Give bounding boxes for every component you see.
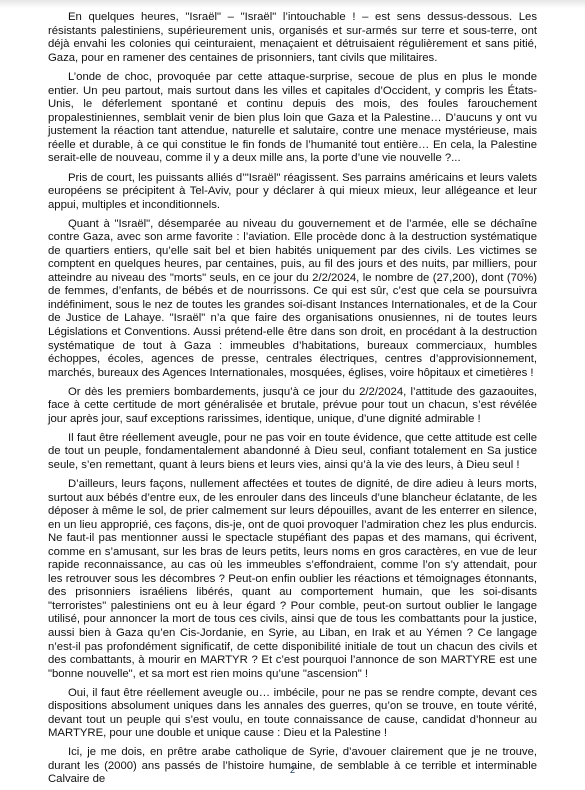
paragraph: Oui, il faut être réellement aveugle ou…… <box>48 687 537 741</box>
document-page: En quelques heures, "Israël" – "Israël" … <box>48 11 537 790</box>
page-number: 2 <box>0 765 585 775</box>
viewer-top-shadow <box>0 0 585 8</box>
paragraph: Pris de court, les puissants alliés d’"I… <box>48 172 537 213</box>
paragraph: Il faut être réellement aveugle, pour ne… <box>48 432 537 473</box>
paragraph: D’ailleurs, leurs façons, nullement affe… <box>48 478 537 681</box>
paragraph: Or dès les premiers bombardements, jusqu… <box>48 386 537 427</box>
paragraph: L’onde de choc, provoquée par cette atta… <box>48 71 537 166</box>
paragraph: En quelques heures, "Israël" – "Israël" … <box>48 11 537 65</box>
paragraph: Quant à "Israël", désemparée au niveau d… <box>48 218 537 381</box>
